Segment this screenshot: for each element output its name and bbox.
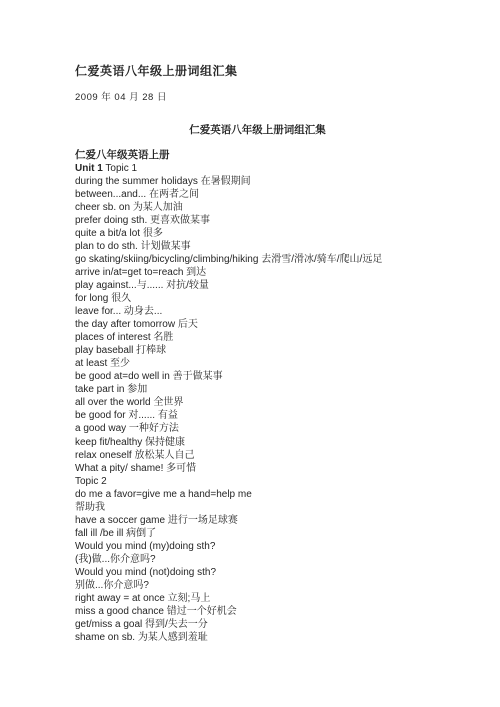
phrase-line: shame on sb. 为某人感到羞耻 — [75, 631, 440, 644]
phrase-line: (我)做...你介意吗? — [75, 553, 440, 566]
phrase-line: play against...与...... 对抗/较量 — [75, 279, 440, 292]
phrase-line: fall ill /be ill 病倒了 — [75, 527, 440, 540]
topic-label: Topic 1 — [105, 163, 137, 174]
phrase-line: have a soccer game 进行一场足球赛 — [75, 514, 440, 527]
book-heading: 仁爱八年级英语上册 — [75, 149, 440, 162]
centered-heading: 仁爱英语八年级上册词组汇集 — [75, 124, 440, 137]
phrase-line: for long 很久 — [75, 292, 440, 305]
phrase-line: be good at=do well in 善于做某事 — [75, 370, 440, 383]
phrase-line: all over the world 全世界 — [75, 396, 440, 409]
phrase-line: do me a favor=give me a hand=help me — [75, 488, 440, 501]
phrase-line: at least 至少 — [75, 357, 440, 370]
phrase-line: quite a bit/a lot 很多 — [75, 227, 440, 240]
phrase-list: during the summer holidays 在暑假期间between.… — [75, 175, 440, 645]
phrase-line: between...and... 在两者之间 — [75, 188, 440, 201]
document-date: 2009 年 04 月 28 日 — [75, 92, 440, 105]
phrase-line: leave for... 动身去... — [75, 305, 440, 318]
phrase-line: take part in 参加 — [75, 383, 440, 396]
unit-topic-line: Unit 1 Topic 1 — [75, 162, 440, 175]
unit-label: Unit 1 — [75, 163, 103, 174]
phrase-line: miss a good chance 错过一个好机会 — [75, 605, 440, 618]
phrase-line: get/miss a goal 得到/失去一分 — [75, 618, 440, 631]
phrase-line: arrive in/at=get to=reach 到达 — [75, 266, 440, 279]
phrase-line: places of interest 名胜 — [75, 331, 440, 344]
phrase-line: Topic 2 — [75, 475, 440, 488]
phrase-line: be good for 对...... 有益 — [75, 409, 440, 422]
phrase-line: a good way 一种好方法 — [75, 422, 440, 435]
document-title: 仁爱英语八年级上册词组汇集 — [75, 63, 440, 79]
phrase-line: during the summer holidays 在暑假期间 — [75, 175, 440, 188]
phrase-line: cheer sb. on 为某人加油 — [75, 201, 440, 214]
phrase-line: 别做...你介意吗? — [75, 579, 440, 592]
phrase-line: Would you mind (my)doing sth? — [75, 540, 440, 553]
phrase-line: prefer doing sth. 更喜欢做某事 — [75, 214, 440, 227]
phrase-line: the day after tomorrow 后天 — [75, 318, 440, 331]
phrase-line: 帮助我 — [75, 501, 440, 514]
phrase-line: plan to do sth. 计划做某事 — [75, 240, 440, 253]
phrase-line: keep fit/healthy 保持健康 — [75, 436, 440, 449]
phrase-line: What a pity/ shame! 多可惜 — [75, 462, 440, 475]
phrase-line: relax oneself 放松某人自己 — [75, 449, 440, 462]
phrase-line: right away = at once 立刻;马上 — [75, 592, 440, 605]
document-page: 仁爱英语八年级上册词组汇集 2009 年 04 月 28 日 仁爱英语八年级上册… — [0, 0, 500, 707]
phrase-line: play baseball 打棒球 — [75, 344, 440, 357]
phrase-line: Would you mind (not)doing sth? — [75, 566, 440, 579]
phrase-line: go skating/skiing/bicycling/climbing/hik… — [75, 253, 440, 266]
